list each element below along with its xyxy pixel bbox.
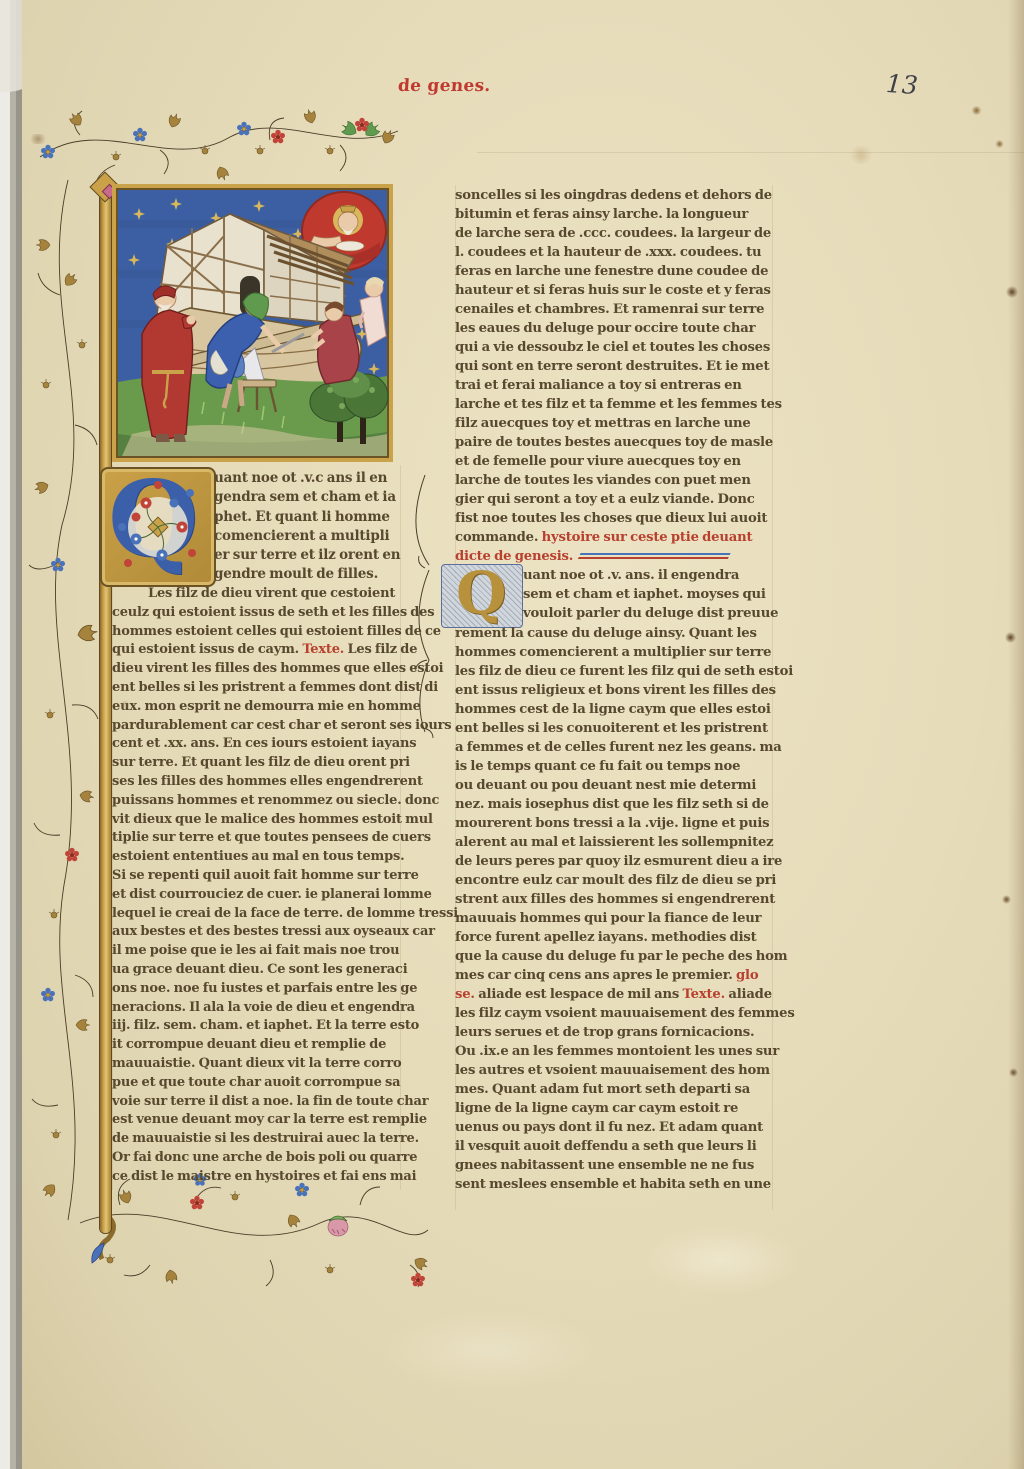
text-line: lequel ie creai de la face de terre. de … [112,905,458,924]
text-line: hommes cest de la ligne caym que elles e… [455,700,795,719]
body-text: l. coudees et la hauteur de .xxx. coudee… [455,245,761,260]
text-line: paire de toutes bestes auecques toy de m… [455,433,782,452]
text-line: il vesquit auoit deffendu a seth que leu… [455,1137,795,1156]
body-text: il vesquit auoit deffendu a seth que leu… [455,1139,757,1154]
initial-letter: Q [456,564,507,627]
page-right-edge-shade [1008,0,1024,1469]
body-text: larche de toutes les viandes con puet me… [455,473,751,488]
text-line: dieu virent les filles des hommes que el… [112,660,458,679]
text-line: les filz de dieu ce furent les filz qui … [455,662,795,681]
text-line: voie sur terre il dist a noe. la fin de … [112,1093,458,1112]
body-text: iij. filz. sem. cham. et iaphet. Et la t… [112,1018,419,1033]
body-text: is le temps quant ce fu fait ou temps no… [455,759,740,774]
text-line: ce dist le maistre en hystoires et fai e… [112,1168,458,1187]
left-column-opening-lines: uant noe ot .v.c ans il engendra sem et … [214,469,400,585]
text-line: bitumin et feras ainsy larche. la longue… [455,205,782,224]
parchment-stain [1006,286,1018,298]
line-filler-flourish [577,552,731,561]
body-text: les filz de dieu ce furent les filz qui … [455,664,793,679]
body-text: dieu virent les filles des hommes que el… [112,661,443,676]
body-text: encontre eulz car moult des filz de dieu… [455,873,776,888]
body-text: de larche sera de .ccc. coudees. la larg… [455,226,771,241]
folio-number: 13 [885,69,919,100]
body-text: ua grace deuant dieu. Ce sont les genera… [112,962,407,977]
body-text: vit dieux que le malice des hommes estoi… [112,812,433,827]
body-text: ent issus religieux et bons virent les f… [455,683,776,698]
body-text: les eaues du deluge pour occire toute ch… [455,321,755,336]
text-line: sur terre. Et quant les filz de dieu ore… [112,754,458,773]
body-text: uant noe ot .v. ans. il engendra [523,568,739,583]
text-line: gier qui seront a toy et a eulz viande. … [455,490,782,509]
text-line: ceulz qui estoient issus de seth et les … [112,604,458,623]
text-line: ent belles si les conuoiterent et les pr… [455,719,795,738]
body-text: cenailes et chambres. Et ramenrai sur te… [455,302,764,317]
body-text: mauuaistie. Quant dieux vit la terre cor… [112,1056,401,1071]
body-text: mes. Quant adam fut mort seth departi sa [455,1082,750,1097]
initial-foliage-overlay [102,469,214,585]
body-text: et de femelle pour viure auecques toy en [455,454,741,469]
parchment-smudge [28,134,48,144]
body-text: er sur terre et ilz orent en [214,547,400,563]
parchment-stain [1009,1068,1018,1077]
text-line: feras en larche une fenestre dune coudee… [455,262,782,281]
body-text: il me poise que ie les ai fait mais noe … [112,943,399,958]
text-line: ent issus religieux et bons virent les f… [455,681,795,700]
body-text: hommes cest de la ligne caym que elles e… [455,702,771,717]
text-line: les eaues du deluge pour occire toute ch… [455,319,782,338]
parchment-crease [477,152,1024,153]
text-line: tiplie sur terre et que toutes pensees d… [112,829,458,848]
text-line: nez. mais iosephus dist que les filz set… [455,795,795,814]
body-text: nez. mais iosephus dist que les filz set… [455,797,769,812]
text-line: mes car cinq cens ans apres le premier. … [455,966,795,985]
text-line: hauteur et si feras huis sur le coste et… [455,281,782,300]
text-line: qui sont en terre seront destruites. Et … [455,357,782,376]
right-column-text-lower: rement la cause du deluge ainsy. Quant l… [455,624,795,1194]
text-line: commande. hystoire sur ceste ptie deuant [455,528,782,547]
body-text: qui a vie dessoubz le ciel et toutes les… [455,340,770,355]
body-text: gnees nabitassent une ensemble ne ne fus [455,1158,754,1173]
text-line: pue et que toute char auoit corrompue sa [112,1074,458,1093]
text-line: de leurs peres par quoy ilz esmurent die… [455,852,795,871]
text-line: gendra sem et cham et ia [214,488,400,507]
body-text: bitumin et feras ainsy larche. la longue… [455,207,748,222]
right-column-text-upper: soncelles si les oingdras dedens et deho… [455,186,782,566]
body-text: Les filz de dieu virent que cestoient [148,586,395,601]
body-text: it corrompue deuant dieu et remplie de [112,1037,386,1052]
parchment-stain [995,140,1004,148]
text-line: aux bestes et des bestes tressi aux oyse… [112,923,458,942]
text-line: neracions. Il ala la voie de dieu et eng… [112,999,458,1018]
text-line: de mauuaistie si les destruirai auec la … [112,1130,458,1149]
text-line: estoient ententiues au mal en tous temps… [112,848,458,867]
text-line: iij. filz. sem. cham. et iaphet. Et la t… [112,1017,458,1036]
left-column-text: Les filz de dieu virent que cestoientceu… [112,585,458,1187]
body-text: ent belles si les pristrent a femmes don… [112,680,438,695]
text-line: pardurablement car cest char et seront s… [112,717,458,736]
text-line: a femmes et de celles furent nez les gea… [455,738,795,757]
text-line: hommes estoient celles qui estoient fill… [112,623,458,642]
body-text: les filz caym vsoient mauuaisement des f… [455,1006,795,1021]
text-line: est venue deuant moy car la terre est re… [112,1111,458,1130]
text-line: se. aliade est lespace de mil ans Texte.… [455,985,795,1004]
body-text: paire de toutes bestes auecques toy de m… [455,435,773,450]
right-column-initial-lines: uant noe ot .v. ans. il engendrasem et c… [523,566,778,624]
body-text: cent et .xx. ans. En ces iours estoient … [112,736,416,751]
text-line: Les filz de dieu virent que cestoient [112,585,458,604]
body-text: neracions. Il ala la voie de dieu et eng… [112,1000,415,1015]
text-line: uenus ou pays dont il fu nez. Et adam qu… [455,1118,795,1137]
text-line: trai et ferai maliance a toy si entreras… [455,376,782,395]
body-text: Si se repenti quil auoit fait homme sur … [112,868,419,883]
body-text: uenus ou pays dont il fu nez. Et adam qu… [455,1120,763,1135]
text-line: Ou .ix.e an les femmes montoient les une… [455,1042,795,1061]
text-line: il me poise que ie les ai fait mais noe … [112,942,458,961]
text-line: comencierent a multipli [214,527,400,546]
rubric-text: dicte de genesis. [455,549,573,564]
body-text: aliade est lespace de mil ans [475,987,683,1002]
text-line: Si se repenti quil auoit fait homme sur … [112,867,458,886]
body-text: tiplie sur terre et que toutes pensees d… [112,830,431,845]
body-text: de leurs peres par quoy ilz esmurent die… [455,854,782,869]
rubric-text: glo [736,968,758,983]
text-line: sent meslees ensemble et habita seth en … [455,1175,795,1194]
text-line: hommes comencierent a multiplier sur ter… [455,643,795,662]
body-text: gendre moult de filles. [214,566,378,582]
text-line: qui a vie dessoubz le ciel et toutes les… [455,338,782,357]
text-line: les filz caym vsoient mauuaisement des f… [455,1004,795,1023]
parchment-stain [971,106,982,115]
body-text: sur terre. Et quant les filz de dieu ore… [112,755,410,770]
body-text: les autres et vsoient mauuaisement des h… [455,1063,770,1078]
body-text: Or fai donc une arche de bois poli ou qu… [112,1150,417,1165]
text-line: et dist courrouciez de cuer. ie planerai… [112,886,458,905]
text-line: puissans hommes et renommez ou siecle. d… [112,792,458,811]
body-text: phet. Et quant li homme [214,509,390,525]
body-text: puissans hommes et renommez ou siecle. d… [112,793,439,808]
parchment-light-patch [640,1225,800,1295]
text-line: uant noe ot .v. ans. il engendra [523,566,778,585]
body-text: alerent au mal et laissierent les sollem… [455,835,773,850]
body-text: filz auecques toy et mettras en larche u… [455,416,751,431]
body-text: ou deuant ou pou deuant nest mie determi [455,778,756,793]
text-line: dicte de genesis. [455,547,782,566]
body-text: hauteur et si feras huis sur le coste et… [455,283,771,298]
body-text: mourerent bons tressi a la .vije. ligne … [455,816,769,831]
text-line: ons noe. noe fu iustes et parfais entre … [112,980,458,999]
body-text: que la cause du deluge fu par le peche d… [455,949,787,964]
text-line: les autres et vsoient mauuaisement des h… [455,1061,795,1080]
text-line: et de femelle pour viure auecques toy en [455,452,782,471]
body-text: pue et que toute char auoit corrompue sa [112,1075,400,1090]
body-text: hommes comencierent a multiplier sur ter… [455,645,771,660]
text-line: mauuaistie. Quant dieux vit la terre cor… [112,1055,458,1074]
rubric-text: se. [455,987,475,1002]
body-text: ses les filles des hommes elles engendre… [112,774,423,789]
text-line: filz auecques toy et mettras en larche u… [455,414,782,433]
text-line: vit dieux que le malice des hommes estoi… [112,811,458,830]
parchment-stain [120,700,130,708]
text-line: larche et tes filz et ta femme et les fe… [455,395,782,414]
body-text: vouloit parler du deluge dist preuue [523,606,778,621]
text-line: sem et cham et iaphet. moyses qui [523,585,778,604]
body-text: de mauuaistie si les destruirai auec la … [112,1131,419,1146]
text-line: l. coudees et la hauteur de .xxx. coudee… [455,243,782,262]
text-line: mauuais hommes qui pour la fiance de leu… [455,909,795,928]
illuminated-initial-left: Q [100,467,216,587]
body-text: sem et cham et iaphet. moyses qui [523,587,766,602]
text-line: is le temps quant ce fu fait ou temps no… [455,757,795,776]
text-line: de larche sera de .ccc. coudees. la larg… [455,224,782,243]
text-line: gnees nabitassent une ensemble ne ne fus [455,1156,795,1175]
body-text: trai et ferai maliance a toy si entreras… [455,378,742,393]
text-line: mourerent bons tressi a la .vije. ligne … [455,814,795,833]
text-line: ua grace deuant dieu. Ce sont les genera… [112,961,458,980]
book-page-edge [0,0,10,1469]
rubric-text: hystoire sur ceste ptie deuant [542,530,753,545]
body-text: fist noe toutes les choses que dieux lui… [455,511,767,526]
text-line: cenailes et chambres. Et ramenrai sur te… [455,300,782,319]
text-line: soncelles si les oingdras dedens et deho… [455,186,782,205]
body-text: aliade [725,987,772,1002]
text-line: encontre eulz car moult des filz de dieu… [455,871,795,890]
text-line: rement la cause du deluge ainsy. Quant l… [455,624,795,643]
text-line: fist noe toutes les choses que dieux lui… [455,509,782,528]
body-text: Les filz de [344,642,417,657]
rubric-text: Texte. [302,642,344,657]
text-line: vouloit parler du deluge dist preuue [523,604,778,623]
body-text: ons noe. noe fu iustes et parfais entre … [112,981,417,996]
text-line: it corrompue deuant dieu et remplie de [112,1036,458,1055]
text-line: Or fai donc une arche de bois poli ou qu… [112,1149,458,1168]
body-text: feras en larche une fenestre dune coudee… [455,264,768,279]
border-gold-bar [100,180,111,1233]
body-text: qui sont en terre seront destruites. Et … [455,359,769,374]
body-text: rement la cause du deluge ainsy. Quant l… [455,626,757,641]
body-text: comencierent a multipli [214,528,389,544]
body-text: lequel ie creai de la face de terre. de … [112,906,458,921]
text-line: leurs serues et de trop grans fornicacio… [455,1023,795,1042]
body-text: sent meslees ensemble et habita seth en … [455,1177,771,1192]
body-text: gier qui seront a toy et a eulz viande. … [455,492,755,507]
parchment-light-patch [380,1310,600,1390]
text-line: ses les filles des hommes elles engendre… [112,773,458,792]
body-text: ligne de la ligne caym car caym estoit r… [455,1101,738,1116]
body-text: gendra sem et cham et ia [214,489,396,505]
text-line: phet. Et quant li homme [214,508,400,527]
parchment-stain [1005,632,1016,643]
body-text: a femmes et de celles furent nez les gea… [455,740,782,755]
body-text: et dist courrouciez de cuer. ie planerai… [112,887,432,902]
text-line: alerent au mal et laissierent les sollem… [455,833,795,852]
body-text: ce dist le maistre en hystoires et fai e… [112,1169,416,1184]
body-text: voie sur terre il dist a noe. la fin de … [112,1094,428,1109]
thistle-flower [328,1216,348,1236]
body-text: aux bestes et des bestes tressi aux oyse… [112,924,435,939]
body-text: uant noe ot .v.c ans il en [214,470,387,486]
parchment-stain [848,146,874,164]
manuscript-photo: de genes. 13 [0,0,1024,1469]
body-text: soncelles si les oingdras dedens et deho… [455,188,772,203]
miniature-noah-building-ark [112,184,393,462]
text-line: ligne de la ligne caym car caym estoit r… [455,1099,795,1118]
body-text: hommes estoient celles qui estoient fill… [112,624,441,639]
text-line: gendre moult de filles. [214,565,400,584]
body-text: mauuais hommes qui pour la fiance de leu… [455,911,761,926]
body-text: larche et tes filz et ta femme et les fe… [455,397,782,412]
text-line: uant noe ot .v.c ans il en [214,469,400,488]
text-line: force furent apellez iayans. methodies d… [455,928,795,947]
text-line: que la cause du deluge fu par le peche d… [455,947,795,966]
parchment-stain [1002,895,1011,904]
text-line: ent belles si les pristrent a femmes don… [112,679,458,698]
body-text: ent belles si les conuoiterent et les pr… [455,721,768,736]
body-text: pardurablement car cest char et seront s… [112,718,451,733]
body-text: commande. [455,530,542,545]
body-text: mes car cinq cens ans apres le premier. [455,968,736,983]
text-line: mes. Quant adam fut mort seth departi sa [455,1080,795,1099]
body-text: qui estoient issus de caym. [112,642,302,657]
text-line: eux. mon esprit ne demourra mie en homme [112,698,458,717]
text-line: cent et .xx. ans. En ces iours estoient … [112,735,458,754]
text-line: strent aux filles des hommes si engendre… [455,890,795,909]
body-text: leurs serues et de trop grans fornicacio… [455,1025,754,1040]
text-line: ou deuant ou pou deuant nest mie determi [455,776,795,795]
body-text: strent aux filles des hommes si engendre… [455,892,775,907]
text-line: qui estoient issus de caym. Texte. Les f… [112,641,458,660]
body-text: eux. mon esprit ne demourra mie en homme [112,699,421,714]
text-line: er sur terre et ilz orent en [214,546,400,565]
body-text: force furent apellez iayans. methodies d… [455,930,757,945]
body-text: ceulz qui estoient issus de seth et les … [112,605,434,620]
section-rubric-header: de genes. [397,76,491,96]
text-line: larche de toutes les viandes con puet me… [455,471,782,490]
body-text: est venue deuant moy car la terre est re… [112,1112,427,1127]
body-text: Ou .ix.e an les femmes montoient les une… [455,1044,779,1059]
body-text: estoient ententiues au mal en tous temps… [112,849,404,864]
rubric-text: Texte. [683,987,725,1002]
